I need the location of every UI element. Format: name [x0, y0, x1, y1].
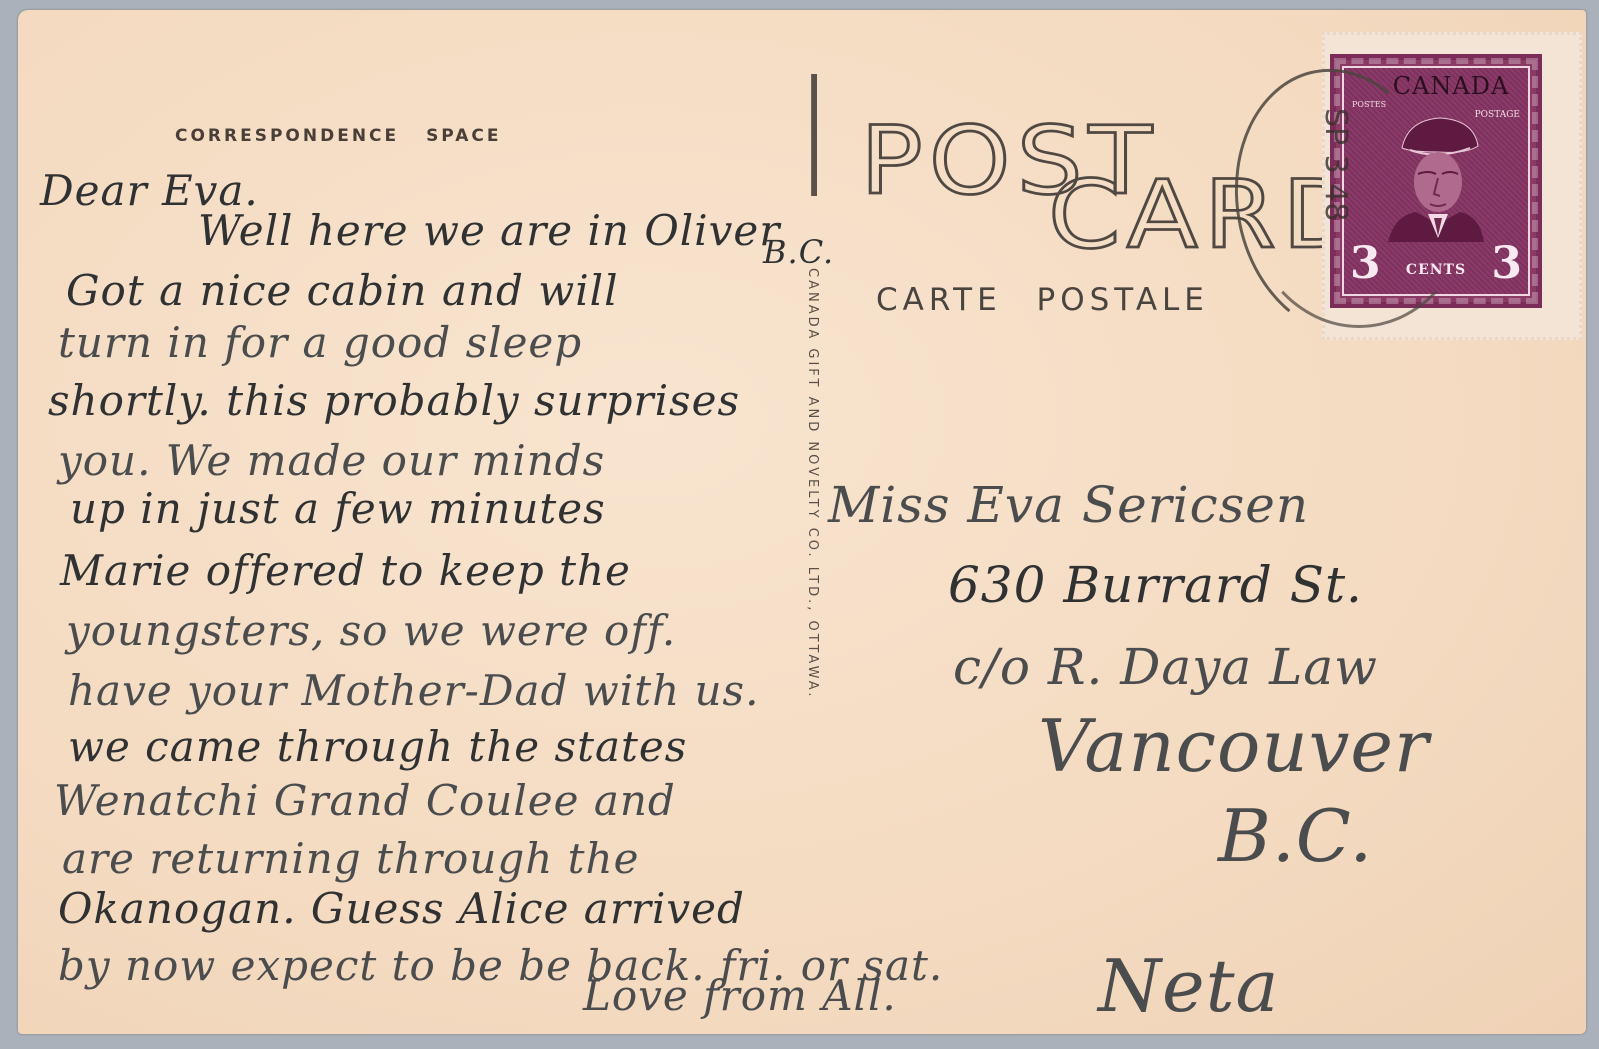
- signature: Neta: [1098, 950, 1279, 1022]
- postmark-date: SP 3 48: [1318, 108, 1353, 221]
- postmark-circle-lower: [1246, 72, 1472, 328]
- message-line: we came through the states: [68, 726, 687, 768]
- message-line: up in just a few minutes: [70, 488, 606, 530]
- correspondence-space-label: CORRESPONDENCE SPACE: [175, 126, 501, 146]
- message-line: youngsters, so we were off.: [66, 610, 676, 652]
- message-line: you. We made our minds: [58, 440, 605, 482]
- message-line: shortly. this probably surprises: [48, 380, 740, 422]
- center-divider-line: [811, 74, 817, 196]
- message-line: B.C.: [763, 236, 834, 268]
- address-line-street: 630 Burrard St.: [948, 560, 1363, 610]
- message-line: Wenatchi Grand Coulee and: [54, 780, 676, 822]
- message-line: Okanogan. Guess Alice arrived: [58, 888, 745, 930]
- address-line-name: Miss Eva Sericsen: [828, 480, 1309, 530]
- address-line-province: B.C.: [1218, 800, 1373, 872]
- address-line-city: Vancouver: [1038, 710, 1429, 782]
- message-line: are returning through the: [62, 838, 639, 880]
- message-line: Marie offered to keep the: [60, 550, 631, 592]
- message-line: Got a nice cabin and will: [66, 270, 619, 312]
- publisher-credit: CANADA GIFT AND NOVELTY CO. LTD., OTTAWA…: [805, 268, 820, 700]
- message-line: Well here we are in Oliver: [198, 210, 780, 252]
- message-line: turn in for a good sleep: [58, 322, 582, 364]
- postcard-back: CORRESPONDENCE SPACE CANADA GIFT AND NOV…: [18, 10, 1586, 1034]
- message-line: have your Mother-Dad with us.: [68, 670, 759, 712]
- carte-postale-subtitle: CARTE POSTALE: [876, 282, 1209, 318]
- address-line-care-of: c/o R. Daya Law: [953, 642, 1378, 692]
- message-line: Love from All.: [583, 975, 897, 1017]
- stamp-value-right: 3: [1491, 242, 1522, 286]
